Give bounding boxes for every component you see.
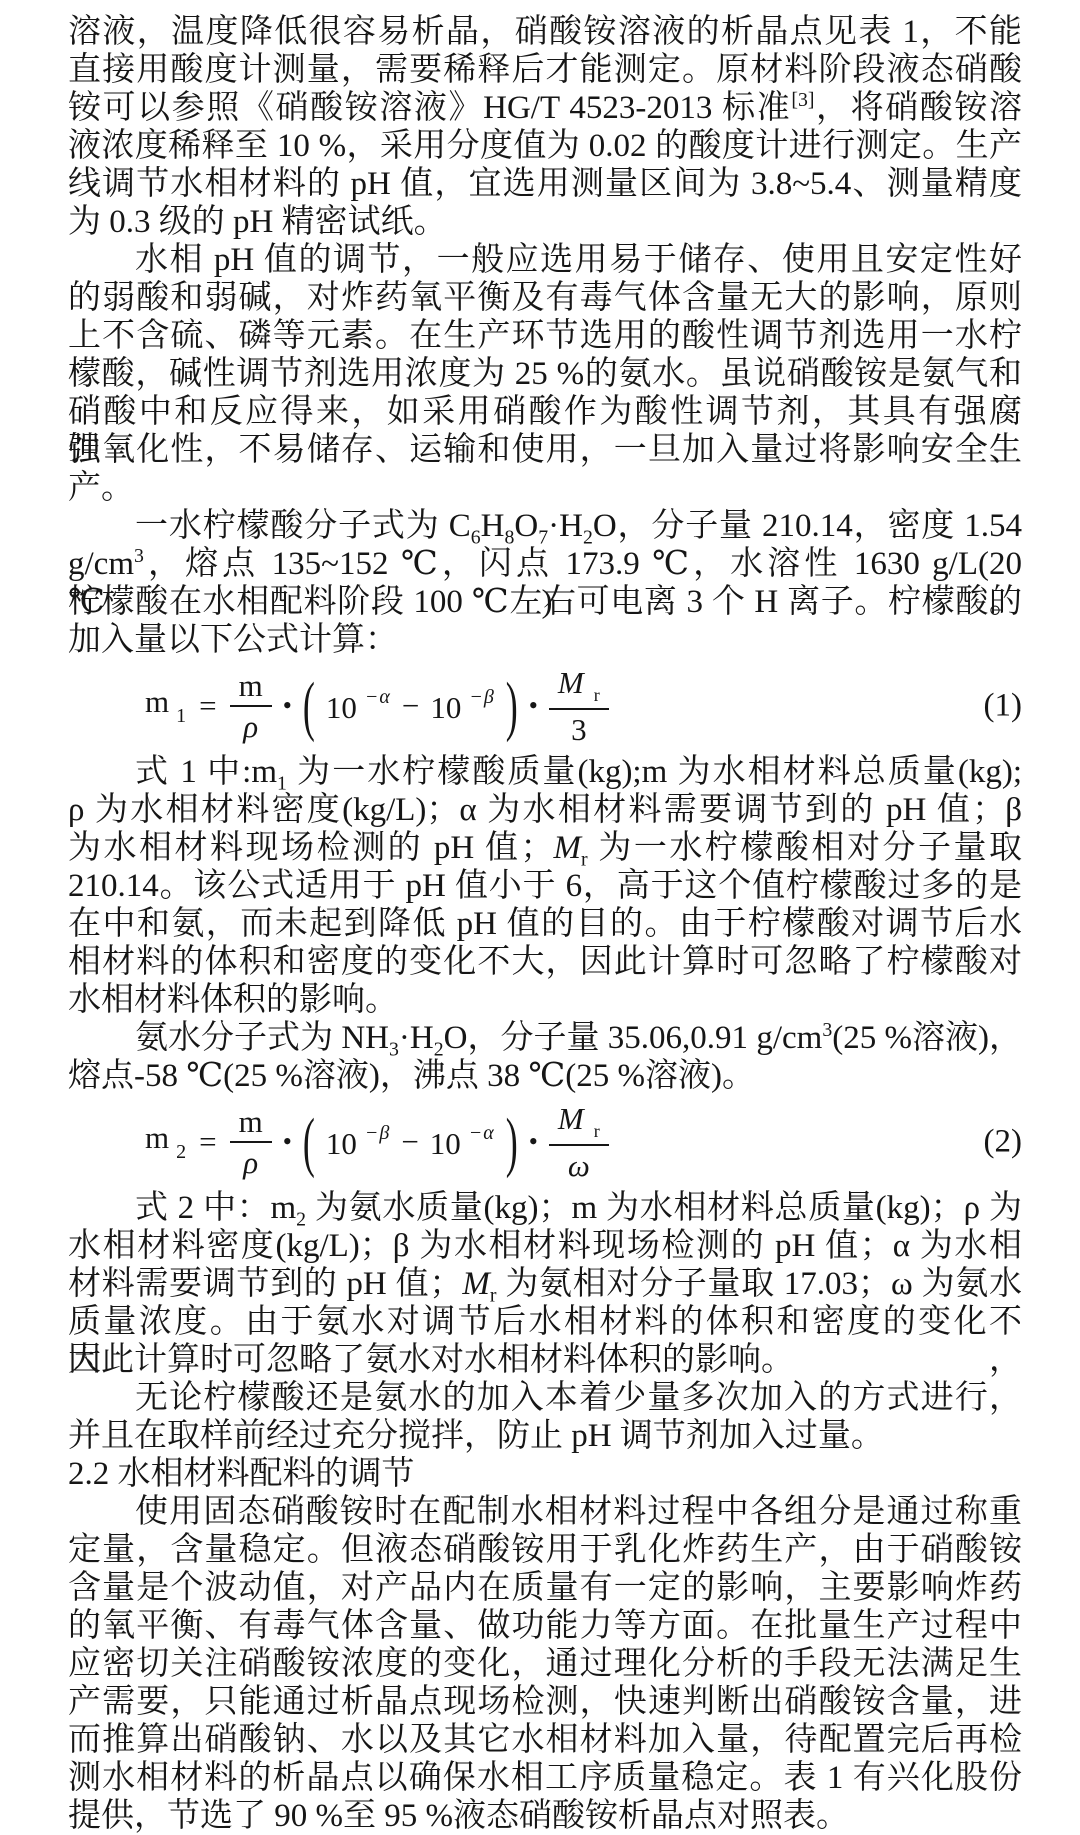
text-line: 式 1 中:m1 为一水柠檬酸质量(kg);m 为水相材料总质量(kg);	[68, 753, 1022, 791]
text-line: ρ 为水相材料密度(kg/L)；α 为水相材料需要调节到的 pH 值；β	[68, 791, 1022, 829]
fraction-mr-over-omega: Mr ω	[549, 1102, 609, 1183]
text-line: 水相 pH 值的调节，一般应选用易于储存、使用且安定性好	[68, 241, 1022, 279]
equals-sign: =	[199, 1124, 216, 1160]
text-line: 溶液，温度降低很容易析晶，硝酸铵溶液的析晶点见表 1，不能	[68, 13, 1022, 51]
text-line: 无论柠檬酸还是氨水的加入本着少量多次加入的方式进行，	[68, 1379, 1022, 1417]
equation-1: m1 = m ρ • ( 10−α − 10−β ) • Mr 3 (1)	[68, 659, 1022, 753]
equation-2-lhs: m2	[145, 1120, 186, 1164]
multiplication-dot: •	[283, 1127, 292, 1157]
text-line: 硝酸中和反应得来，如采用硝酸作为酸性调节剂，其具有强腐蚀、	[68, 393, 1022, 431]
text-line: 的弱酸和弱碱，对炸药氧平衡及有毒气体含量无大的影响，原则	[68, 279, 1022, 317]
power-term-2: 10−α	[430, 1122, 495, 1162]
text-line: 测水相材料的析晶点以确保水相工序质量稳定。表 1 有兴化股份	[68, 1759, 1022, 1797]
text-line: 直接用酸度计测量，需要稀释后才能测定。原材料阶段液态硝酸	[68, 51, 1022, 89]
text-line: 提供，节选了 90 %至 95 %液态硝酸铵析晶点对照表。	[68, 1797, 1022, 1835]
open-paren: (	[303, 667, 315, 745]
text-block-1: 溶液，温度降低很容易析晶，硝酸铵溶液的析晶点见表 1，不能直接用酸度计测量，需要…	[68, 13, 1022, 659]
text-line: 上不含硫、磷等元素。在生产环节选用的酸性调节剂选用一水柠	[68, 317, 1022, 355]
open-paren: (	[303, 1103, 315, 1181]
text-line: 210.14。该公式适用于 pH 值小于 6，高于这个值柠檬酸过多的是	[68, 867, 1022, 905]
text-line: 铵可以参照《硝酸铵溶液》HG/T 4523-2013 标准[3]，将硝酸铵溶	[68, 89, 1022, 127]
text-line: 应密切关注硝酸铵浓度的变化，通过理化分析的手段无法满足生	[68, 1645, 1022, 1683]
text-line: 氨水分子式为 NH3·H2O，分子量 35.06,0.91 g/cm3(25 %…	[68, 1019, 1022, 1057]
text-line: g/cm3，熔点 135~152 ℃，闪点 173.9 ℃，水溶性 1630 g…	[68, 545, 1022, 583]
text-line: 液浓度稀释至 10 %，采用分度值为 0.02 的酸度计进行测定。生产	[68, 127, 1022, 165]
text-line: 为 0.3 级的 pH 精密试纸。	[68, 203, 1022, 241]
text-line: 而推算出硝酸钠、水以及其它水相材料加入量，待配置完后再检	[68, 1721, 1022, 1759]
text-line: 线调节水相材料的 pH 值，宜选用测量区间为 3.8~5.4、测量精度	[68, 165, 1022, 203]
multiplication-dot: •	[283, 691, 292, 721]
text-line: 含量是个波动值，对产品内在质量有一定的影响，主要影响炸药	[68, 1569, 1022, 1607]
equation-2: m2 = m ρ • ( 10−β − 10−α ) • Mr ω (2)	[68, 1095, 1022, 1189]
text-line: 质量浓度。由于氨水对调节后水相材料的体积和密度的变化不大，	[68, 1303, 1022, 1341]
text-line: 水相材料密度(kg/L)；β 为水相材料现场检测的 pH 值；α 为水相	[68, 1227, 1022, 1265]
power-term-1: 10−β	[326, 1122, 390, 1162]
multiplication-dot: •	[529, 1127, 538, 1157]
text-line: 定量，含量稳定。但液态硝酸铵用于乳化炸药生产，由于硝酸铵	[68, 1531, 1022, 1569]
text-line: 檬酸，碱性调节剂选用浓度为 25 %的氨水。虽说硝酸铵是氨气和	[68, 355, 1022, 393]
multiplication-dot: •	[529, 691, 538, 721]
text-line: 使用固态硝酸铵时在配制水相材料过程中各组分是通过称重	[68, 1493, 1022, 1531]
equals-sign: =	[199, 688, 216, 724]
minus-sign: −	[401, 1124, 418, 1160]
text-line: 材料需要调节到的 pH 值；Mr 为氨相对分子量取 17.03；ω 为氨水	[68, 1265, 1022, 1303]
fraction-m-over-rho: m ρ	[230, 669, 272, 744]
text-line: 产需要，只能通过析晶点现场检测，快速判断出硝酸铵含量，进	[68, 1683, 1022, 1721]
text-line: 相材料的体积和密度的变化不大，因此计算时可忽略了柠檬酸对	[68, 943, 1022, 981]
text-line: 式 2 中：m2 为氨水质量(kg)；m 为水相材料总质量(kg)；ρ 为	[68, 1189, 1022, 1227]
text-line: 一水柠檬酸分子式为 C6H8O7·H2O，分子量 210.14，密度 1.54	[68, 507, 1022, 545]
text-line: 柠檬酸在水相配料阶段 100 ℃左右可电离 3 个 H 离子。柠檬酸的	[68, 583, 1022, 621]
text-line: 并且在取样前经过充分搅拌，防止 pH 调节剂加入过量。	[68, 1417, 1022, 1455]
equation-number: (1)	[984, 688, 1022, 725]
close-paren: )	[506, 667, 518, 745]
text-line: 加入量以下公式计算：	[68, 621, 1022, 659]
text-line: 产。	[68, 469, 1022, 507]
document-page: 溶液，温度降低很容易析晶，硝酸铵溶液的析晶点见表 1，不能直接用酸度计测量，需要…	[0, 0, 1080, 1835]
text-line: 熔点-58 ℃(25 %溶液)，沸点 38 ℃(25 %溶液)。	[68, 1057, 1022, 1095]
text-line: 的氧平衡、有毒气体含量、做功能力等方面。在批量生产过程中	[68, 1607, 1022, 1645]
text-line: 强氧化性，不易储存、运输和使用，一旦加入量过将影响安全生	[68, 431, 1022, 469]
text-block-2: 式 1 中:m1 为一水柠檬酸质量(kg);m 为水相材料总质量(kg);ρ 为…	[68, 753, 1022, 1095]
fraction-mr-over-3: Mr 3	[549, 666, 609, 747]
equation-1-lhs: m1	[145, 684, 186, 728]
section-heading-2-2: 2.2 水相材料配料的调节	[68, 1455, 1022, 1493]
text-line: 为水相材料现场检测的 pH 值；Mr 为一水柠檬酸相对分子量取	[68, 829, 1022, 867]
minus-sign: −	[402, 688, 419, 724]
text-line: 水相材料体积的影响。	[68, 981, 1022, 1019]
text-block-3: 式 2 中：m2 为氨水质量(kg)；m 为水相材料总质量(kg)；ρ 为水相材…	[68, 1189, 1022, 1835]
power-term-1: 10−α	[326, 686, 391, 726]
power-term-2: 10−β	[430, 686, 494, 726]
text-line: 在中和氨，而未起到降低 pH 值的目的。由于柠檬酸对调节后水	[68, 905, 1022, 943]
fraction-m-over-rho: m ρ	[230, 1105, 272, 1180]
close-paren: )	[506, 1103, 518, 1181]
equation-number: (2)	[984, 1124, 1022, 1161]
